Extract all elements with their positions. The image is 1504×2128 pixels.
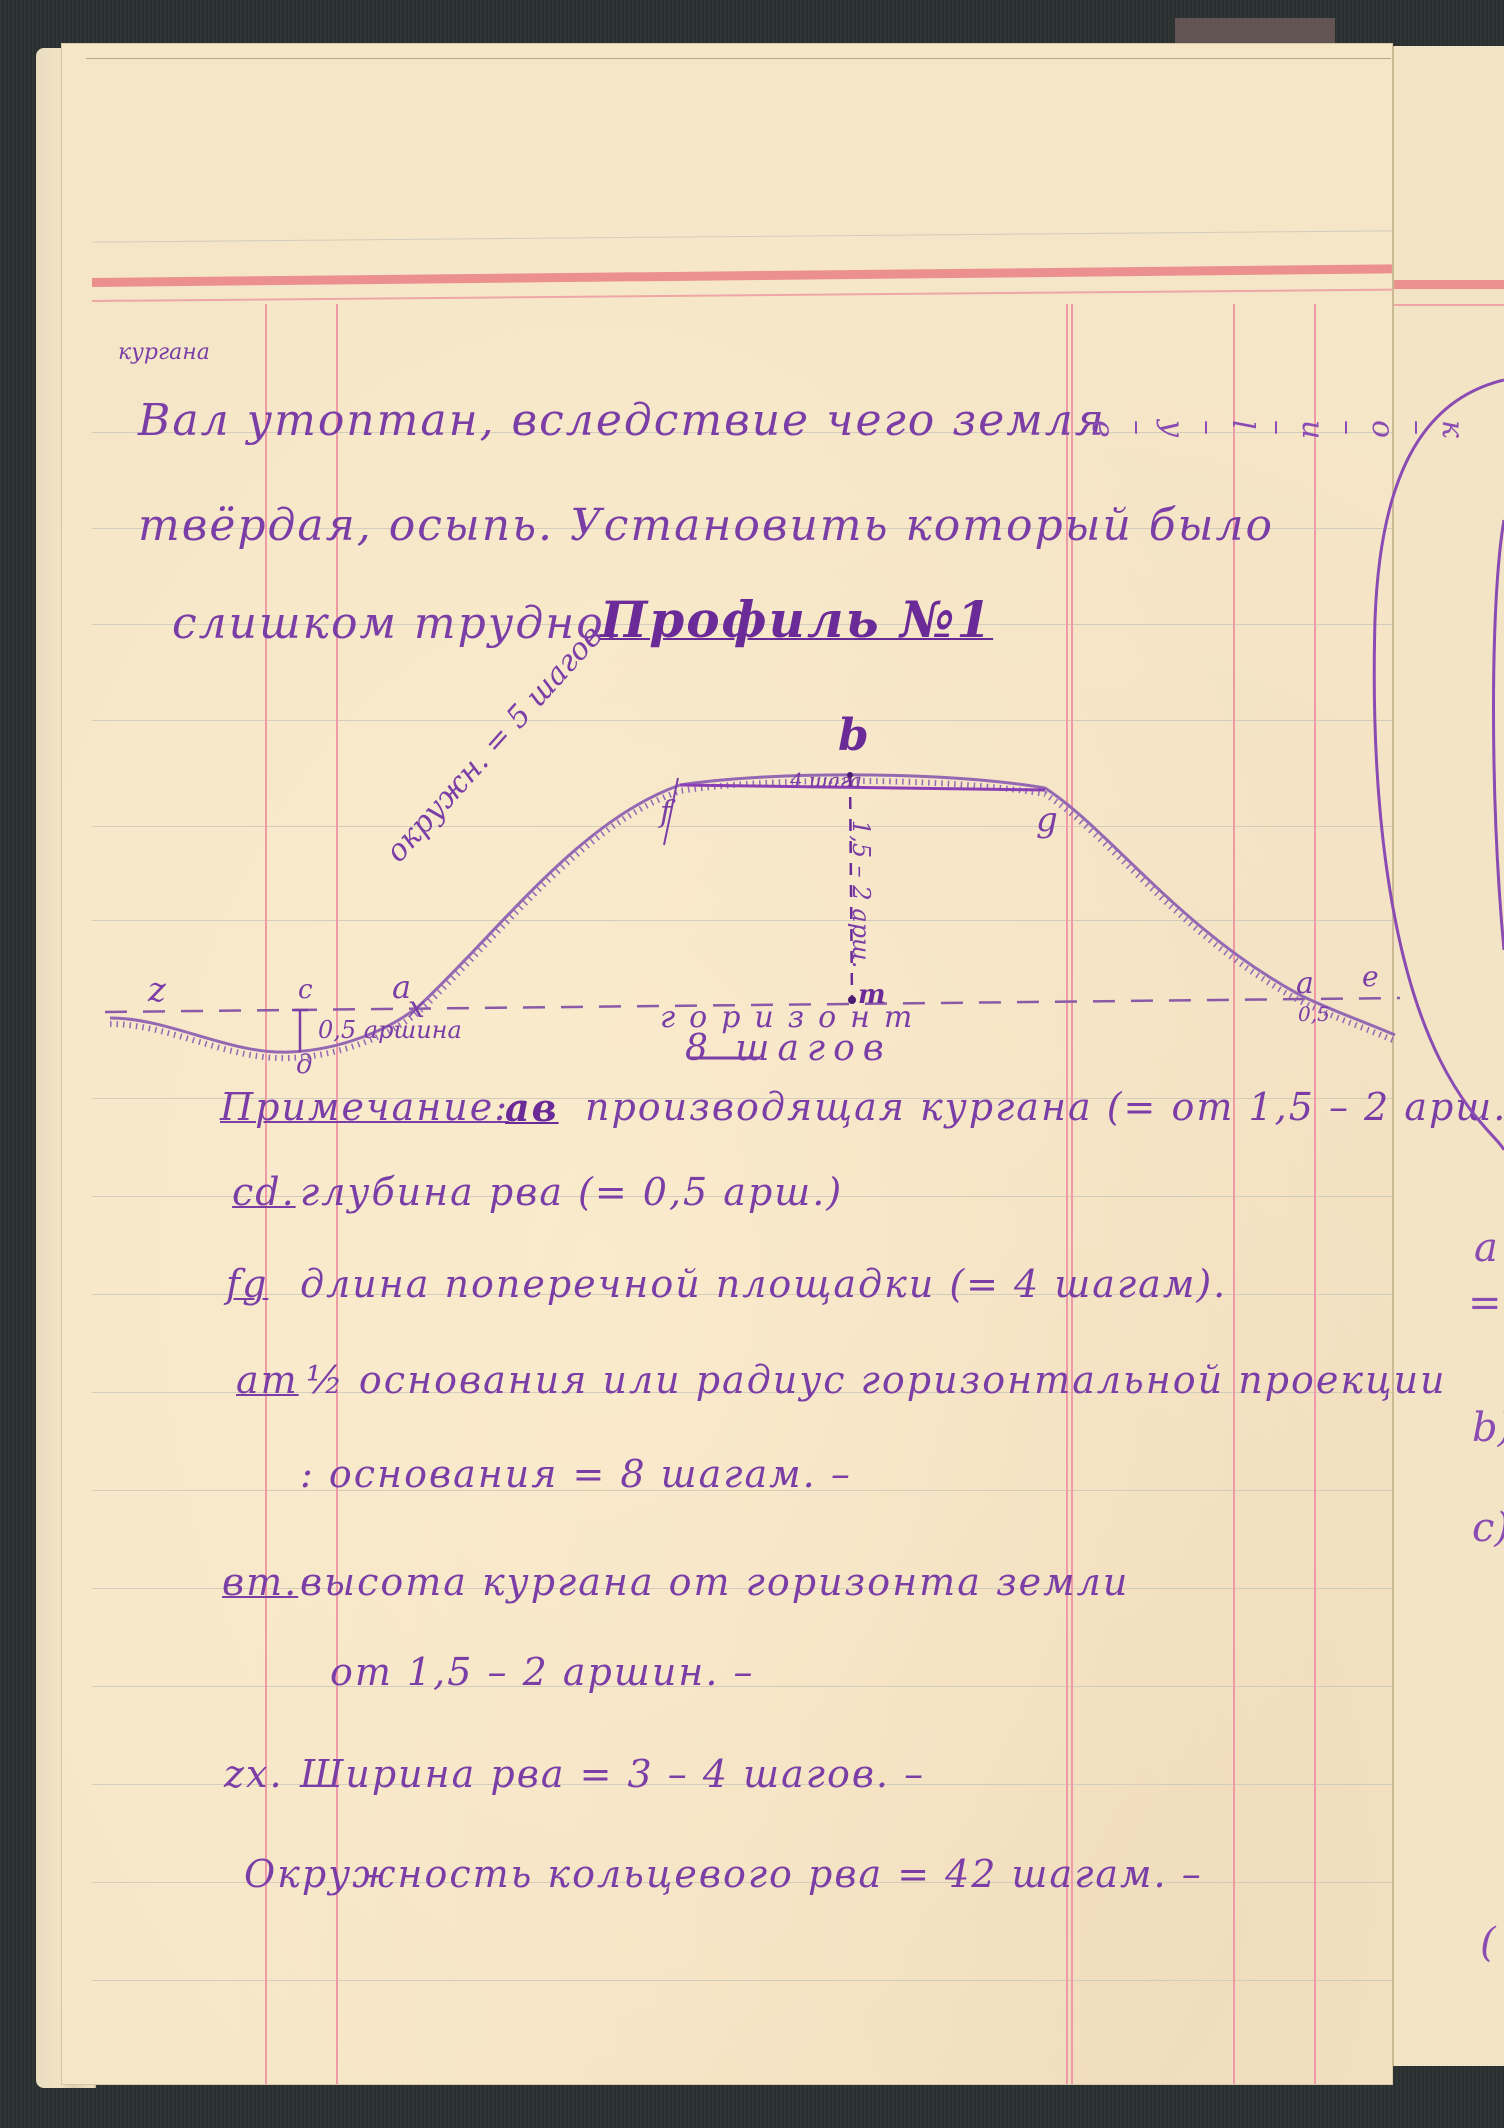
next-page-vertical-text: к – о – и – l – y – e – xyxy=(1050,420,1470,454)
next-page-letter-a: a xyxy=(1474,1225,1498,1271)
next-page-ellipse xyxy=(0,0,1504,2128)
next-page-letter-b: b) xyxy=(1472,1405,1504,1451)
next-page-letter-c: c) xyxy=(1472,1505,1504,1551)
next-page-letter-paren: ( xyxy=(1480,1920,1496,1966)
next-page-letter-eq: = xyxy=(1468,1280,1502,1326)
